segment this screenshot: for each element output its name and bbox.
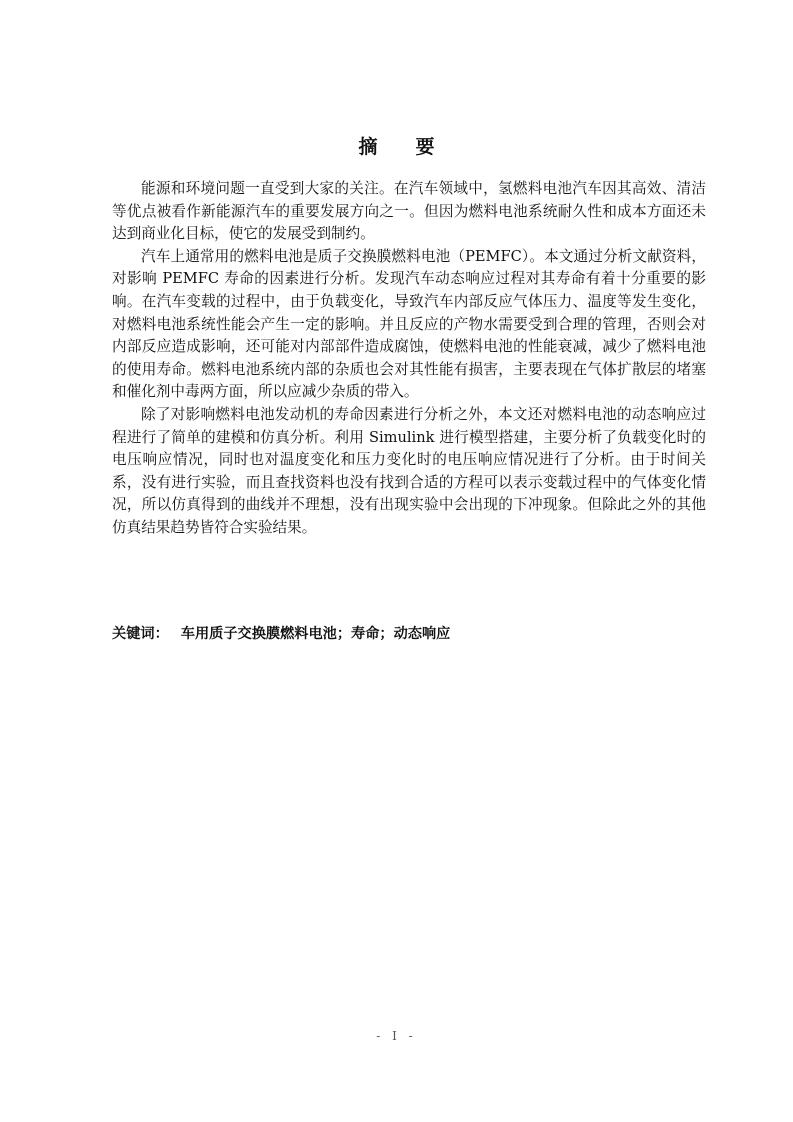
keywords-value: 车用质子交换膜燃料电池；寿命；动态响应 (181, 626, 451, 642)
abstract-body: 能源和环境问题一直受到大家的关注。在汽车领域中，氢燃料电池汽车因其高效、清洁等优… (112, 178, 706, 540)
abstract-title-char-1: 摘 (358, 136, 377, 158)
document-page: 摘要 能源和环境问题一直受到大家的关注。在汽车领域中，氢燃料电池汽车因其高效、清… (0, 0, 793, 1122)
abstract-paragraph-3: 除了对影响燃料电池发动机的寿命因素进行分析之外，本文还对燃料电池的动态响应过程进… (112, 404, 706, 540)
page-number: - I - (0, 1029, 793, 1043)
abstract-title-char-2: 要 (416, 136, 435, 158)
abstract-paragraph-2: 汽车上通常用的燃料电池是质子交换膜燃料电池（PEMFC）。本文通过分析文献资料，… (112, 246, 706, 404)
keywords-line: 关键词：车用质子交换膜燃料电池；寿命；动态响应 (112, 623, 706, 643)
abstract-title: 摘要 (0, 132, 793, 159)
abstract-paragraph-1: 能源和环境问题一直受到大家的关注。在汽车领域中，氢燃料电池汽车因其高效、清洁等优… (112, 178, 706, 246)
keywords-label: 关键词： (112, 626, 169, 642)
